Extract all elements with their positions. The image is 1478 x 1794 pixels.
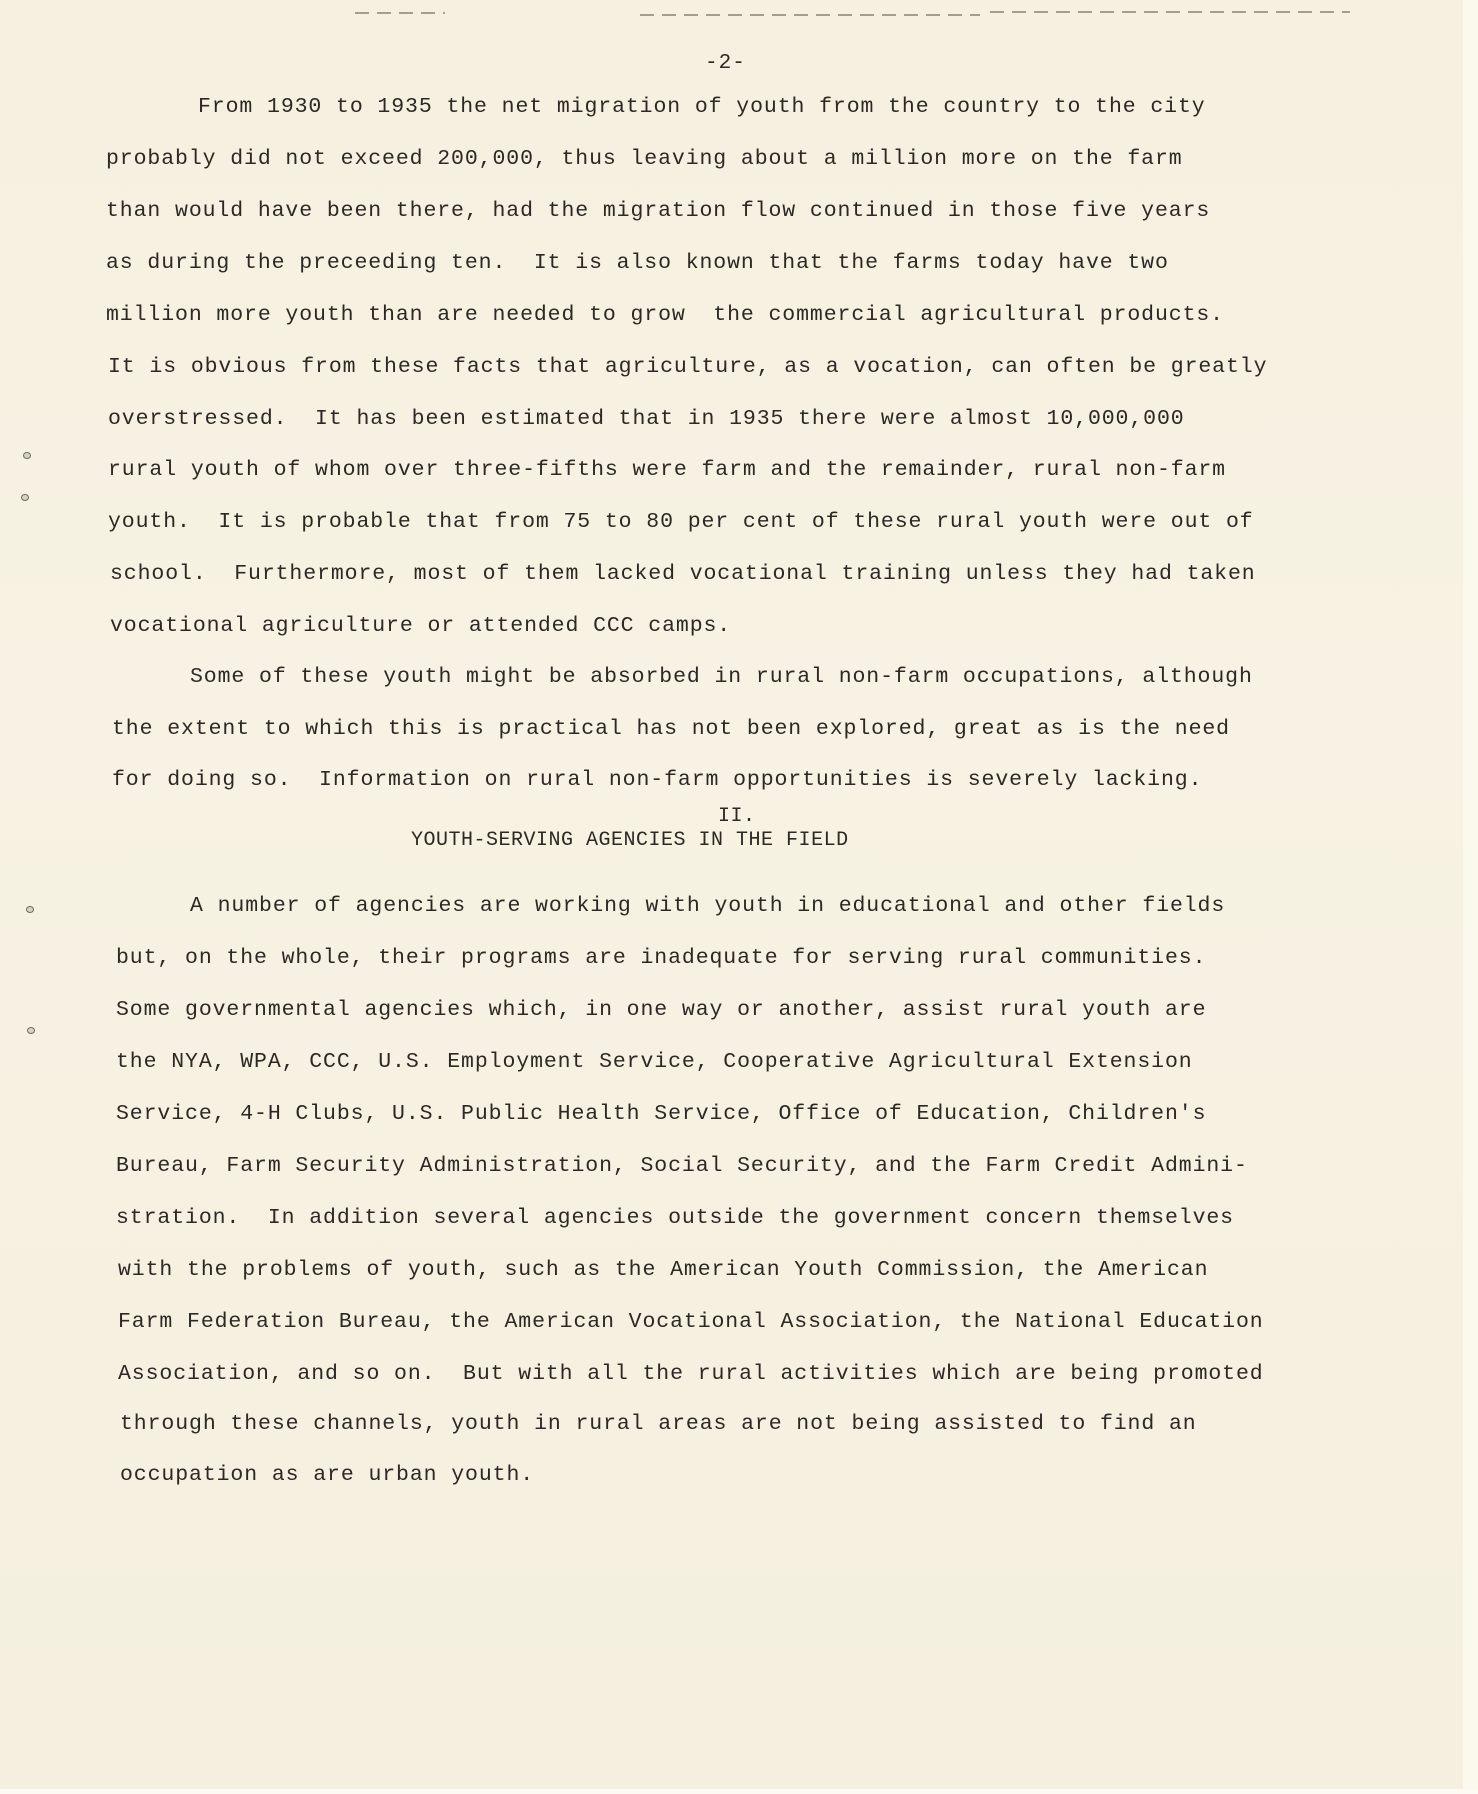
top-edge-mark [355, 12, 445, 14]
punch-hole-mark [23, 452, 31, 459]
punch-hole-mark [21, 494, 29, 501]
page-bottom-edge [0, 1789, 1478, 1794]
document-page: -2- From 1930 to 1935 the net migration … [0, 0, 1464, 1789]
section-numeral: II. [718, 805, 756, 829]
paragraph-line: but, on the whole, their programs are in… [116, 945, 1206, 971]
paragraph-line: the NYA, WPA, CCC, U.S. Employment Servi… [116, 1049, 1193, 1075]
paragraph-line: Association, and so on. But with all the… [118, 1361, 1264, 1387]
punch-hole-mark [27, 1027, 35, 1034]
paragraph-line: million more youth than are needed to gr… [106, 302, 1224, 328]
paragraph-line: Bureau, Farm Security Administration, So… [116, 1153, 1248, 1179]
punch-hole-mark [26, 906, 34, 913]
paragraph-line: with the problems of youth, such as the … [118, 1257, 1208, 1283]
page-edge [1463, 0, 1478, 1794]
paragraph-line: occupation as are urban youth. [120, 1462, 534, 1488]
paragraph-line: A number of agencies are working with yo… [190, 893, 1225, 919]
paragraph-line: Farm Federation Bureau, the American Voc… [118, 1309, 1264, 1335]
paragraph-line: Some governmental agencies which, in one… [116, 997, 1206, 1023]
top-edge-mark [640, 14, 980, 16]
paragraph-line: as during the preceeding ten. It is also… [106, 250, 1169, 276]
paragraph-line: Some of these youth might be absorbed in… [190, 664, 1253, 690]
paragraph-line: overstressed. It has been estimated that… [108, 406, 1185, 432]
paragraph-line: youth. It is probable that from 75 to 80… [108, 509, 1254, 535]
paragraph-line: school. Furthermore, most of them lacked… [110, 561, 1256, 587]
paragraph-line: stration. In addition several agencies o… [116, 1205, 1234, 1231]
paragraph-line: Service, 4-H Clubs, U.S. Public Health S… [116, 1101, 1206, 1127]
paragraph-line: It is obvious from these facts that agri… [108, 354, 1267, 380]
paragraph-line: vocational agriculture or attended CCC c… [110, 613, 731, 639]
top-edge-mark [990, 11, 1350, 13]
paragraph-line: the extent to which this is practical ha… [112, 716, 1230, 742]
paragraph-line: than would have been there, had the migr… [106, 198, 1210, 224]
paragraph-line: for doing so. Information on rural non-f… [112, 767, 1202, 793]
paragraph-line: probably did not exceed 200,000, thus le… [106, 146, 1183, 172]
paragraph-line: From 1930 to 1935 the net migration of y… [198, 94, 1206, 120]
paragraph-line: through these channels, youth in rural a… [120, 1411, 1197, 1437]
paragraph-line: rural youth of whom over three-fifths we… [108, 457, 1226, 483]
page-number: -2- [705, 52, 746, 75]
section-title: YOUTH-SERVING AGENCIES IN THE FIELD [411, 829, 849, 853]
